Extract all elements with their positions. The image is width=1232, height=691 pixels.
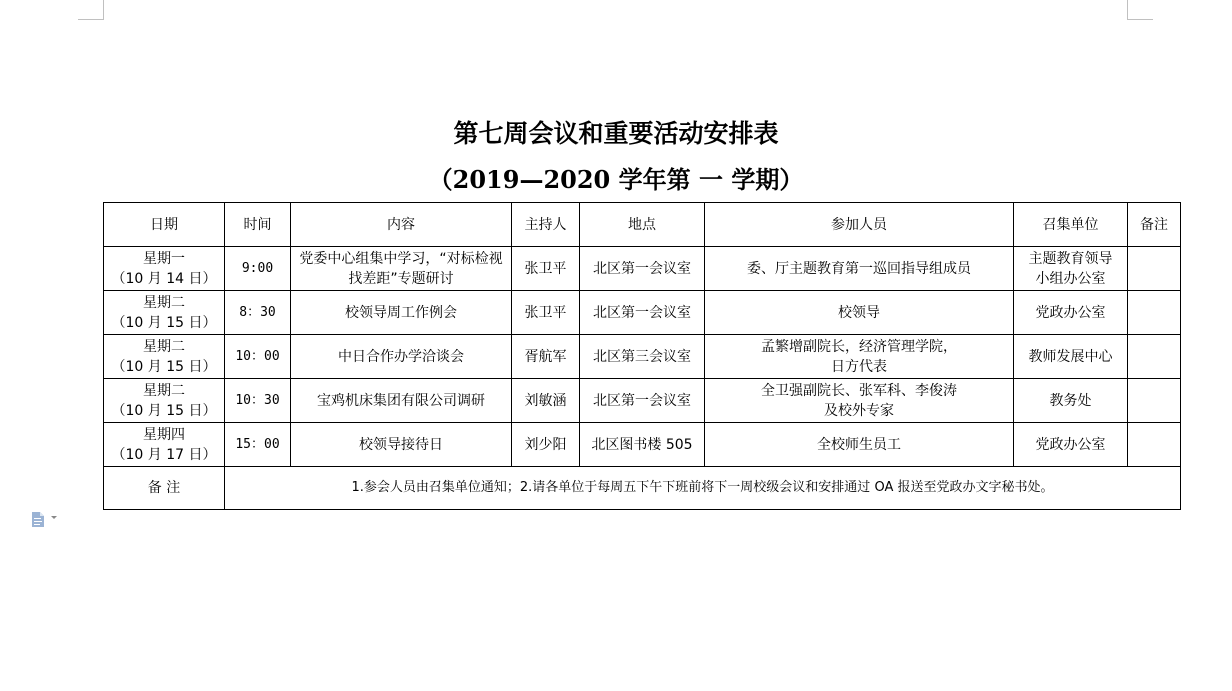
remarks-cell xyxy=(1128,335,1181,379)
host-cell: 刘少阳 xyxy=(512,423,580,467)
attendees-cell: 孟繁增副院长，经济管理学院，日方代表 xyxy=(705,335,1014,379)
location-cell: 北区图书楼 505 xyxy=(580,423,705,467)
day-label: 星期一 xyxy=(108,249,220,269)
location-cell: 北区第三会议室 xyxy=(580,335,705,379)
remarks-cell xyxy=(1128,291,1181,335)
content-cell: 党委中心组集中学习，“对标检视找差距”专题研讨 xyxy=(291,247,512,291)
day-label: 星期二 xyxy=(108,337,220,357)
notes-text: 1.参会人员由召集单位通知；2.请各单位于每周五下午下班前将下一周校级会议和安排… xyxy=(225,467,1181,510)
host-cell: 胥航军 xyxy=(512,335,580,379)
date-cell: 星期二（10 月 15 日） xyxy=(104,291,225,335)
header-content: 内容 xyxy=(291,203,512,247)
table-row: 星期一（10 月 14 日） 9:00 党委中心组集中学习，“对标检视找差距”专… xyxy=(104,247,1181,291)
host-cell: 张卫平 xyxy=(512,247,580,291)
header-attendees: 参加人员 xyxy=(705,203,1014,247)
location-cell: 北区第一会议室 xyxy=(580,291,705,335)
date-cell: 星期四（10 月 17 日） xyxy=(104,423,225,467)
notes-label: 备 注 xyxy=(104,467,225,510)
time-cell: 15：00 xyxy=(225,423,291,467)
date-label: （10 月 15 日） xyxy=(108,313,220,333)
content-cell: 校领导接待日 xyxy=(291,423,512,467)
header-date: 日期 xyxy=(104,203,225,247)
header-location: 地点 xyxy=(580,203,705,247)
header-host: 主持人 xyxy=(512,203,580,247)
time-cell: 10：00 xyxy=(225,335,291,379)
time-cell: 9:00 xyxy=(225,247,291,291)
day-label: 星期二 xyxy=(108,293,220,313)
date-label: （10 月 15 日） xyxy=(108,357,220,377)
chevron-down-icon[interactable] xyxy=(51,516,57,519)
attendees-cell: 委、厅主题教育第一巡回指导组成员 xyxy=(705,247,1014,291)
content-cell: 校领导周工作例会 xyxy=(291,291,512,335)
document-subtitle: （2019—2020 学年第 一 学期） xyxy=(0,160,1232,195)
remarks-cell xyxy=(1128,423,1181,467)
table-row: 星期二（10 月 15 日） 8：30 校领导周工作例会 张卫平 北区第一会议室… xyxy=(104,291,1181,335)
page-margin-mark-top-left xyxy=(78,0,104,20)
convener-cell: 党政办公室 xyxy=(1014,291,1128,335)
location-cell: 北区第一会议室 xyxy=(580,379,705,423)
remarks-cell xyxy=(1128,379,1181,423)
table-header-row: 日期 时间 内容 主持人 地点 参加人员 召集单位 备注 xyxy=(104,203,1181,247)
host-cell: 刘敏涵 xyxy=(512,379,580,423)
notes-row: 备 注 1.参会人员由召集单位通知；2.请各单位于每周五下午下班前将下一周校级会… xyxy=(104,467,1181,510)
content-cell: 中日合作办学洽谈会 xyxy=(291,335,512,379)
time-cell: 8：30 xyxy=(225,291,291,335)
day-label: 星期二 xyxy=(108,381,220,401)
date-cell: 星期二（10 月 15 日） xyxy=(104,335,225,379)
document-icon[interactable] xyxy=(32,512,44,527)
header-time: 时间 xyxy=(225,203,291,247)
attendees-cell: 全校师生员工 xyxy=(705,423,1014,467)
page-margin-mark-top-right xyxy=(1127,0,1153,20)
convener-cell: 主题教育领导小组办公室 xyxy=(1014,247,1128,291)
convener-cell: 教务处 xyxy=(1014,379,1128,423)
table-row: 星期二（10 月 15 日） 10：30 宝鸡机床集团有限公司调研 刘敏涵 北区… xyxy=(104,379,1181,423)
date-cell: 星期二（10 月 15 日） xyxy=(104,379,225,423)
content-cell: 宝鸡机床集团有限公司调研 xyxy=(291,379,512,423)
header-remarks: 备注 xyxy=(1128,203,1181,247)
host-cell: 张卫平 xyxy=(512,291,580,335)
date-label: （10 月 17 日） xyxy=(108,445,220,465)
schedule-table: 日期 时间 内容 主持人 地点 参加人员 召集单位 备注 星期一（10 月 14… xyxy=(103,202,1181,510)
location-cell: 北区第一会议室 xyxy=(580,247,705,291)
day-label: 星期四 xyxy=(108,425,220,445)
date-label: （10 月 15 日） xyxy=(108,401,220,421)
header-convener: 召集单位 xyxy=(1014,203,1128,247)
date-cell: 星期一（10 月 14 日） xyxy=(104,247,225,291)
attendees-cell: 校领导 xyxy=(705,291,1014,335)
convener-cell: 教师发展中心 xyxy=(1014,335,1128,379)
attendees-cell: 全卫强副院长、张军科、李俊涛及校外专家 xyxy=(705,379,1014,423)
table-row: 星期四（10 月 17 日） 15：00 校领导接待日 刘少阳 北区图书楼 50… xyxy=(104,423,1181,467)
remarks-cell xyxy=(1128,247,1181,291)
convener-cell: 党政办公室 xyxy=(1014,423,1128,467)
time-cell: 10：30 xyxy=(225,379,291,423)
document-title: 第七周会议和重要活动安排表 xyxy=(0,114,1232,150)
table-row: 星期二（10 月 15 日） 10：00 中日合作办学洽谈会 胥航军 北区第三会… xyxy=(104,335,1181,379)
date-label: （10 月 14 日） xyxy=(108,269,220,289)
